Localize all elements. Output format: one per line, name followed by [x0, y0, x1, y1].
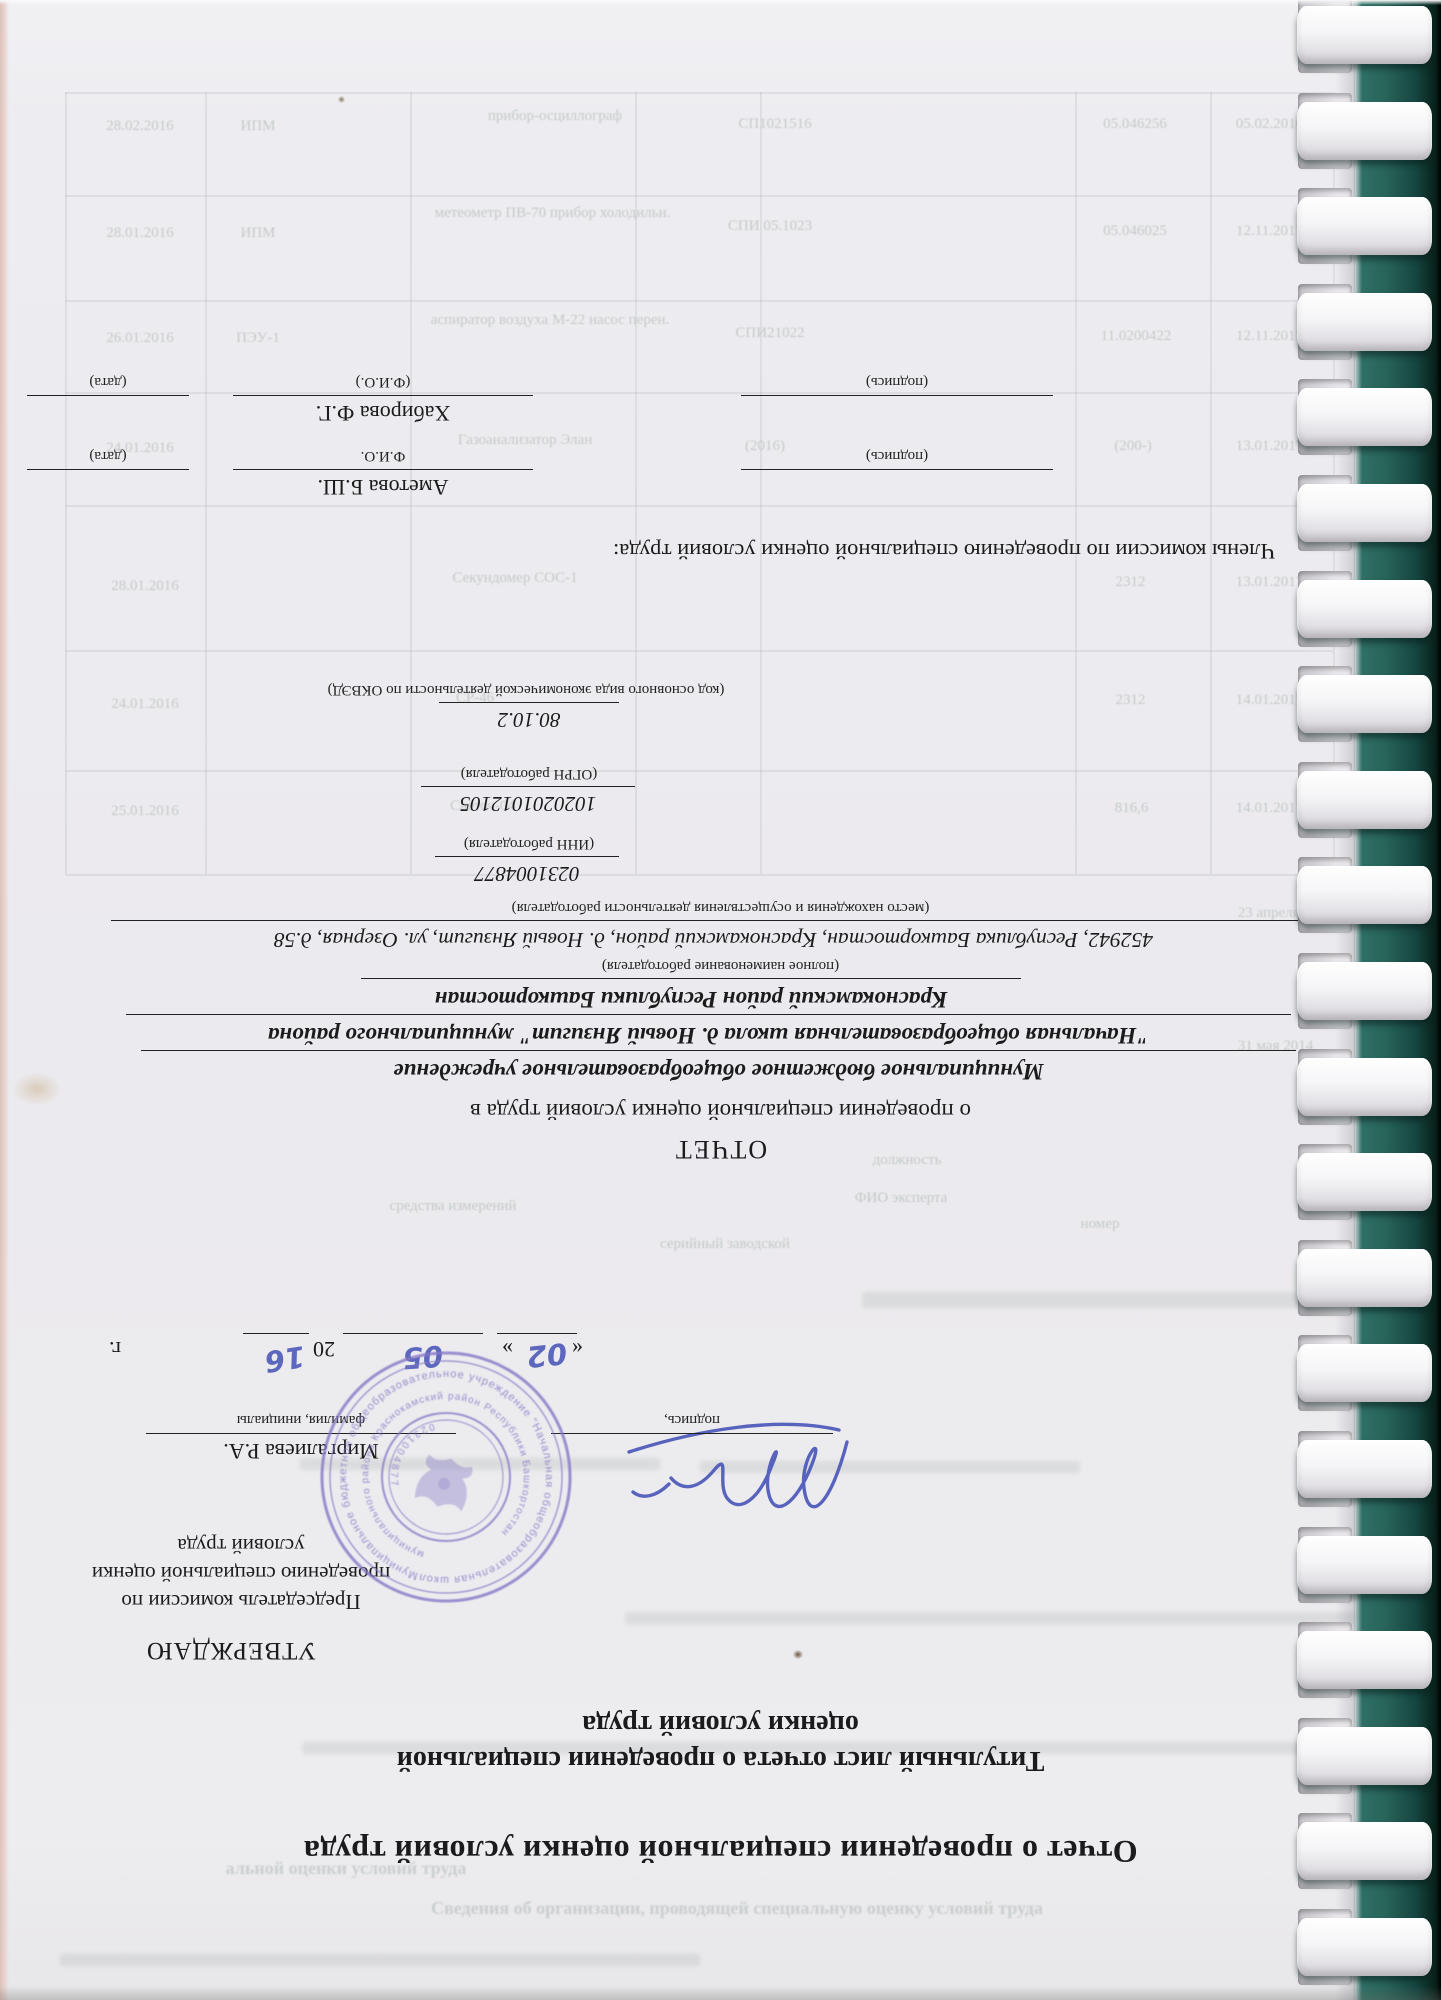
member2-name: Хабирова Ф.Г.: [233, 395, 533, 426]
employer-address: 452942, Республика Башкортостан, Краснок…: [111, 920, 1316, 952]
employer-name-line1: Муниципальное бюджетное общеобразователь…: [141, 1050, 1296, 1084]
ogrn-value: 1020201012105: [421, 786, 635, 816]
report-heading: ОТЧЕТ: [0, 1134, 1441, 1164]
inn-value: 0231004877: [435, 856, 619, 886]
date-suffix: г.: [109, 1336, 121, 1362]
employer-name-line2: "Начальная общеобразовательная школа д. …: [126, 1014, 1291, 1048]
date-year-line: [243, 1333, 309, 1370]
document-content: Отчет о проведении специальной оценки ус…: [0, 0, 1441, 2000]
member2-sign-line: [741, 395, 1053, 422]
member2-date-line: [27, 395, 189, 422]
member1-sign-label: (подпись): [741, 447, 1053, 464]
sheet-title-line2: оценки условий труда: [0, 1706, 1441, 1742]
employer-name-line3: Краснокамский район Республики Башкортос…: [361, 978, 1021, 1012]
ogrn-caption: (ОГРН работодателя): [379, 765, 679, 782]
okved-caption: (код основного вида экономической деятел…: [301, 681, 751, 698]
okved-value: 80.10.2: [439, 702, 619, 732]
date-century-printed: 20: [313, 1336, 335, 1362]
sheet-title-line1: Титульный лист отчета о проведении специ…: [0, 1742, 1441, 1778]
report-subheading: о проведении специальной оценки условий …: [0, 1098, 1441, 1124]
stamp-emblem: [413, 1452, 476, 1514]
member1-name: Аметова Б.Ш.: [233, 469, 533, 500]
member2-name-label: (Ф.И.О.): [233, 373, 533, 390]
sheet-title: Титульный лист отчета о проведении специ…: [0, 1706, 1441, 1778]
member1-date-line: [27, 469, 189, 496]
inn-caption: (ИНН работодателя): [379, 835, 679, 852]
members-heading: Члены комиссии по проведению специальной…: [613, 538, 1275, 564]
approve-label: УТВЕРЖДАЮ: [41, 1636, 421, 1664]
member2-date-label: (дата): [27, 373, 189, 390]
page-title: Отчет о проведении специальной оценки ус…: [0, 1833, 1441, 1870]
address-caption: (место нахождения и осуществления деятел…: [0, 899, 1441, 916]
member1-name-label: Ф.И.О.: [233, 447, 533, 464]
employer-caption: (полное наименование работодателя): [0, 957, 1441, 974]
member1-date-label: (дата): [27, 447, 189, 464]
member2-sign-label: (подпись): [741, 373, 1053, 390]
scanned-document-page: 28.02.2016ИПМприбор-осциллографСП1021516…: [0, 0, 1441, 2000]
member1-sign-line: [741, 469, 1053, 496]
